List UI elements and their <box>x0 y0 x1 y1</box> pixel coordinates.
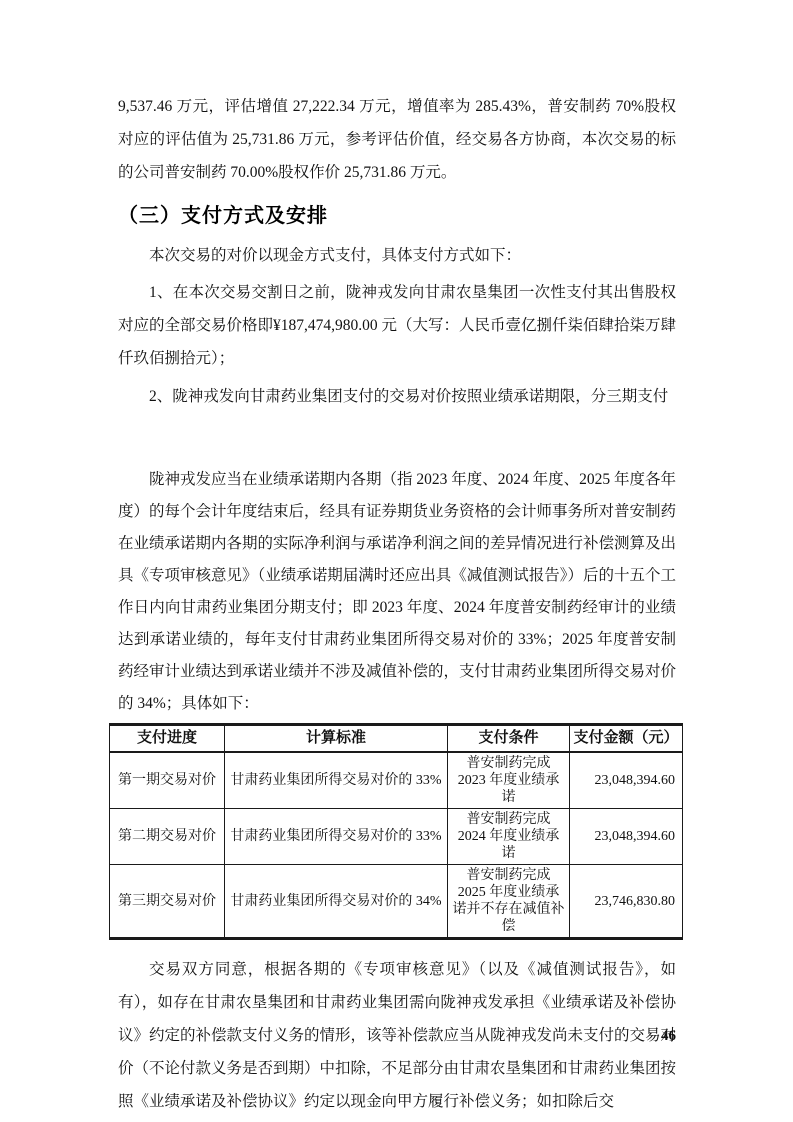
paragraph-payment-intro: 本次交易的对价以现金方式支付，具体支付方式如下： <box>118 239 676 272</box>
cell-standard-3: 甘肃药业集团所得交易对价的 34% <box>225 865 448 939</box>
page-number: 46 <box>661 1026 676 1046</box>
paragraph-payment-detail: 陇神戎发应当在业绩承诺期内各期（指 2023 年度、2024 年度、2025 年… <box>118 464 676 720</box>
cell-progress-3: 第三期交易对价 <box>110 865 225 939</box>
table-row: 第一期交易对价 甘肃药业集团所得交易对价的 33% 普安制药完成 2023 年度… <box>110 752 683 809</box>
content-area: 9,537.46 万元，评估增值 27,222.34 万元，增值率为 285.4… <box>118 0 676 1118</box>
header-payment-amount: 支付金额（元） <box>570 725 683 753</box>
paragraph-payment-item-2: 2、陇神戎发向甘肃药业集团支付的交易对价按照业绩承诺期限，分三期支付 <box>118 380 676 446</box>
section-heading-payment-method: （三）支付方式及安排 <box>118 202 676 230</box>
table-header-row: 支付进度 计算标准 支付条件 支付金额（元） <box>110 725 683 753</box>
cell-amount-3: 23,746,830.80 <box>570 865 683 939</box>
cell-condition-3: 普安制药完成 2025 年度业绩承诺并不存在减值补偿 <box>448 865 570 939</box>
paragraph-valuation-continuation: 9,537.46 万元，评估增值 27,222.34 万元，增值率为 285.4… <box>118 90 676 189</box>
cell-progress-2: 第二期交易对价 <box>110 809 225 865</box>
cell-standard-1: 甘肃药业集团所得交易对价的 33% <box>225 752 448 809</box>
cell-condition-2: 普安制药完成 2024 年度业绩承诺 <box>448 809 570 865</box>
table-row: 第二期交易对价 甘肃药业集团所得交易对价的 33% 普安制药完成 2024 年度… <box>110 809 683 865</box>
cell-amount-1: 23,048,394.60 <box>570 752 683 809</box>
cell-amount-2: 23,048,394.60 <box>570 809 683 865</box>
paragraph-compensation-deduction: 交易双方同意，根据各期的《专项审核意见》（以及《减值测试报告》，如有），如存在甘… <box>118 953 676 1118</box>
document-page: 9,537.46 万元，评估增值 27,222.34 万元，增值率为 285.4… <box>0 0 793 1122</box>
cell-standard-2: 甘肃药业集团所得交易对价的 33% <box>225 809 448 865</box>
cell-condition-1: 普安制药完成 2023 年度业绩承诺 <box>448 752 570 809</box>
header-payment-progress: 支付进度 <box>110 725 225 753</box>
header-calculation-standard: 计算标准 <box>225 725 448 753</box>
table-row: 第三期交易对价 甘肃药业集团所得交易对价的 34% 普安制药完成 2025 年度… <box>110 865 683 939</box>
payment-schedule-table: 支付进度 计算标准 支付条件 支付金额（元） 第一期交易对价 甘肃药业集团所得交… <box>109 723 683 940</box>
paragraph-payment-item-1: 1、在本次交易交割日之前，陇神戎发向甘肃农垦集团一次性支付其出售股权对应的全部交… <box>118 276 676 375</box>
cell-progress-1: 第一期交易对价 <box>110 752 225 809</box>
header-payment-condition: 支付条件 <box>448 725 570 753</box>
